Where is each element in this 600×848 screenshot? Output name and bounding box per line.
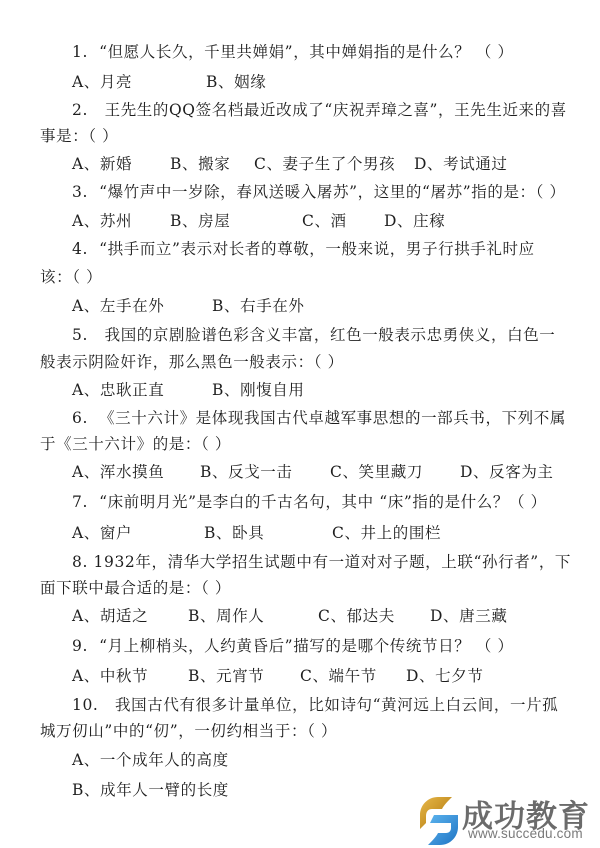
question-9: 9. “月上柳梢头，人约黄昏后”描写的是哪个传统节日？ （ ） — [72, 636, 514, 656]
question-text: 我国古代有很多计量单位，比如诗句“黄河远上白云间，一片孤 — [115, 696, 558, 714]
question-4-continuation: 该：（ ） — [40, 267, 102, 287]
option-d: D、反客为主 — [460, 462, 554, 482]
option-b: B、刚愎自用 — [212, 380, 305, 400]
option-c: C、端午节 — [300, 666, 377, 686]
option-c: C、酒 — [302, 211, 347, 231]
option-d: D、庄稼 — [384, 211, 445, 231]
option-b: B、右手在外 — [212, 296, 305, 316]
question-text: “但愿人长久，千里共婵娟”，其中婵娟指的是什么？ （ ） — [99, 43, 514, 61]
option-d: D、七夕节 — [406, 666, 483, 686]
option-a: A、左手在外 — [72, 296, 164, 316]
option-b: B、姻缘 — [206, 72, 266, 92]
option-b: B、周作人 — [188, 606, 264, 626]
question-7: 7. “床前明月光”是李白的千古名句，其中 “床”指的是什么？（ ） — [72, 492, 547, 512]
question-number: 3. — [72, 183, 88, 201]
question-number: 6. — [72, 409, 88, 427]
question-2: 2. 王先生的QQ签名档最近改成了“庆祝弄璋之喜”，王先生近来的喜 — [72, 100, 567, 120]
question-5-continuation: 般表示阴险奸诈，那么黑色一般表示：（ ） — [40, 352, 344, 372]
option-a: A、苏州 — [72, 211, 132, 231]
option-b: B、房屋 — [170, 211, 230, 231]
question-text: “月上柳梢头，人约黄昏后”描写的是哪个传统节日？ （ ） — [99, 637, 514, 655]
option-a: A、忠耿正直 — [72, 380, 164, 400]
question-number: 7. — [72, 493, 88, 511]
question-number: 4. — [72, 240, 88, 258]
option-a: A、浑水摸鱼 — [72, 462, 164, 482]
option-a: A、月亮 — [72, 72, 132, 92]
option-b: B、卧具 — [204, 523, 264, 543]
option-b: B、搬家 — [170, 154, 230, 174]
question-text: 1932年，清华大学招生试题中有一道对对子题，上联“孙行者”，下 — [94, 553, 572, 571]
option-c: C、井上的围栏 — [332, 523, 441, 543]
question-10-continuation: 城万仞山”中的“仞”，一仞约相当于：（ ） — [40, 721, 337, 741]
watermark-logo: 成功教育 www.succedu.com — [418, 795, 598, 845]
question-5: 5. 我国的京剧脸谱色彩含义丰富，红色一般表示忠勇侠义，白色一 — [72, 325, 555, 345]
question-6: 6. 《三十六计》是体现我国古代卓越军事思想的一部兵书，下列不属 — [72, 408, 566, 428]
question-number: 9. — [72, 637, 88, 655]
question-10: 10. 我国古代有很多计量单位，比如诗句“黄河远上白云间，一片孤 — [72, 695, 558, 715]
question-text: 《三十六计》是体现我国古代卓越军事思想的一部兵书，下列不属 — [99, 409, 566, 427]
logo-mark-icon — [418, 795, 460, 847]
question-2-continuation: 事是：（ ） — [40, 126, 118, 146]
option-d: D、唐三藏 — [430, 606, 507, 626]
question-8: 8. 1932年，清华大学招生试题中有一道对对子题，上联“孙行者”，下 — [72, 552, 571, 572]
option-c: C、郁达夫 — [318, 606, 395, 626]
option-a: A、新婚 — [72, 154, 132, 174]
question-number: 1. — [72, 43, 88, 61]
question-text: 我国的京剧脸谱色彩含义丰富，红色一般表示忠勇侠义，白色一 — [105, 326, 556, 344]
question-text: “拱手而立”表示对长者的尊敬，一般来说，男子行拱手礼时应 — [99, 240, 535, 258]
option-c: C、妻子生了个男孩 — [254, 154, 395, 174]
question-number: 8. — [72, 553, 88, 571]
option-b: B、反戈一击 — [200, 462, 293, 482]
option-b: B、元宵节 — [188, 666, 264, 686]
question-number: 10. — [72, 696, 98, 714]
question-text: 王先生的QQ签名档最近改成了“庆祝弄璋之喜”，王先生近来的喜 — [105, 101, 567, 119]
question-text: “床前明月光”是李白的千古名句，其中 “床”指的是什么？（ ） — [99, 493, 547, 511]
question-3: 3. “爆竹声中一岁除，春风送暖入屠苏”，这里的“屠苏”指的是：（ ） — [72, 182, 566, 202]
question-number: 5. — [72, 326, 88, 344]
question-10-option-a: A、一个成年人的高度 — [72, 750, 229, 770]
question-text: “爆竹声中一岁除，春风送暖入屠苏”，这里的“屠苏”指的是：（ ） — [99, 183, 566, 201]
question-1: 1. “但愿人长久，千里共婵娟”，其中婵娟指的是什么？ （ ） — [72, 42, 514, 62]
question-number: 2. — [72, 101, 88, 119]
option-a: A、窗户 — [72, 523, 132, 543]
question-8-continuation: 面下联中最合适的是：（ ） — [40, 578, 231, 598]
question-10-option-b: B、成年人一臂的长度 — [72, 780, 229, 800]
option-a: A、胡适之 — [72, 606, 148, 626]
question-4: 4. “拱手而立”表示对长者的尊敬，一般来说，男子行拱手礼时应 — [72, 239, 535, 259]
question-6-continuation: 于《三十六计》的是：（ ） — [40, 434, 231, 454]
option-a: A、中秋节 — [72, 666, 148, 686]
option-c: C、笑里藏刀 — [330, 462, 423, 482]
logo-url: www.succedu.com — [468, 826, 583, 841]
option-d: D、考试通过 — [414, 154, 508, 174]
